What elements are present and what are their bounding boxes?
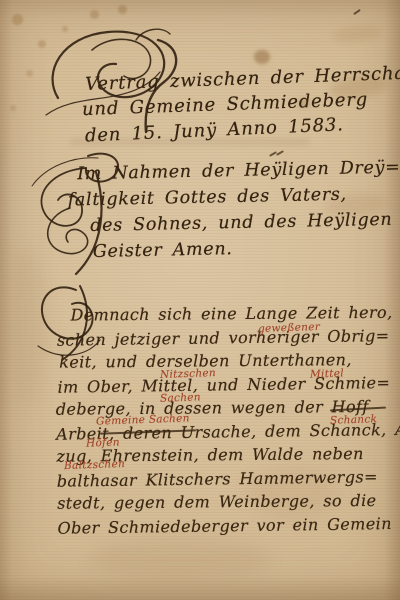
red-ink-correction: Sachen: [160, 391, 201, 404]
red-ink-correction: geweßener: [258, 321, 320, 335]
red-ink-correction: Baltzschen: [64, 458, 125, 472]
paper-stain: [118, 5, 127, 14]
red-ink-correction: Mittel: [310, 367, 344, 380]
paper-stain: [12, 14, 23, 25]
body-text-line: Ober Schmiedeberger vor ein Gemein: [57, 511, 400, 540]
invocation-line: Geister Amen.: [93, 233, 400, 265]
red-ink-correction: Nitzschen: [160, 367, 216, 381]
body-text-line: Demnach sich eine Lange Zeit hero, zwi=: [70, 300, 400, 327]
red-ink-correction: Schanck: [330, 413, 378, 427]
paper-stain: [90, 10, 99, 19]
invocation-block: Im Nahmen der Heÿligen Dreÿ= faltigkeit …: [69, 155, 400, 266]
body-text-line: keit, und derselben Unterthanen,: [59, 347, 400, 374]
manuscript-page: Vertrag zwischen der Herrschafft und Gem…: [0, 0, 400, 600]
paper-stain: [331, 23, 382, 44]
red-ink-correction: Höfen: [86, 436, 120, 449]
title-block: Vertrag zwischen der Herrschafft und Gem…: [81, 60, 400, 147]
stray-pen-mark: [353, 9, 361, 15]
body-text-line: stedt, gegen dem Weinberge, so die: [57, 488, 400, 515]
stray-pen-mark: [276, 150, 284, 156]
paper-stain: [26, 70, 33, 77]
paper-stain: [10, 105, 16, 111]
paper-stain: [254, 50, 270, 64]
paper-stain: [90, 538, 270, 580]
